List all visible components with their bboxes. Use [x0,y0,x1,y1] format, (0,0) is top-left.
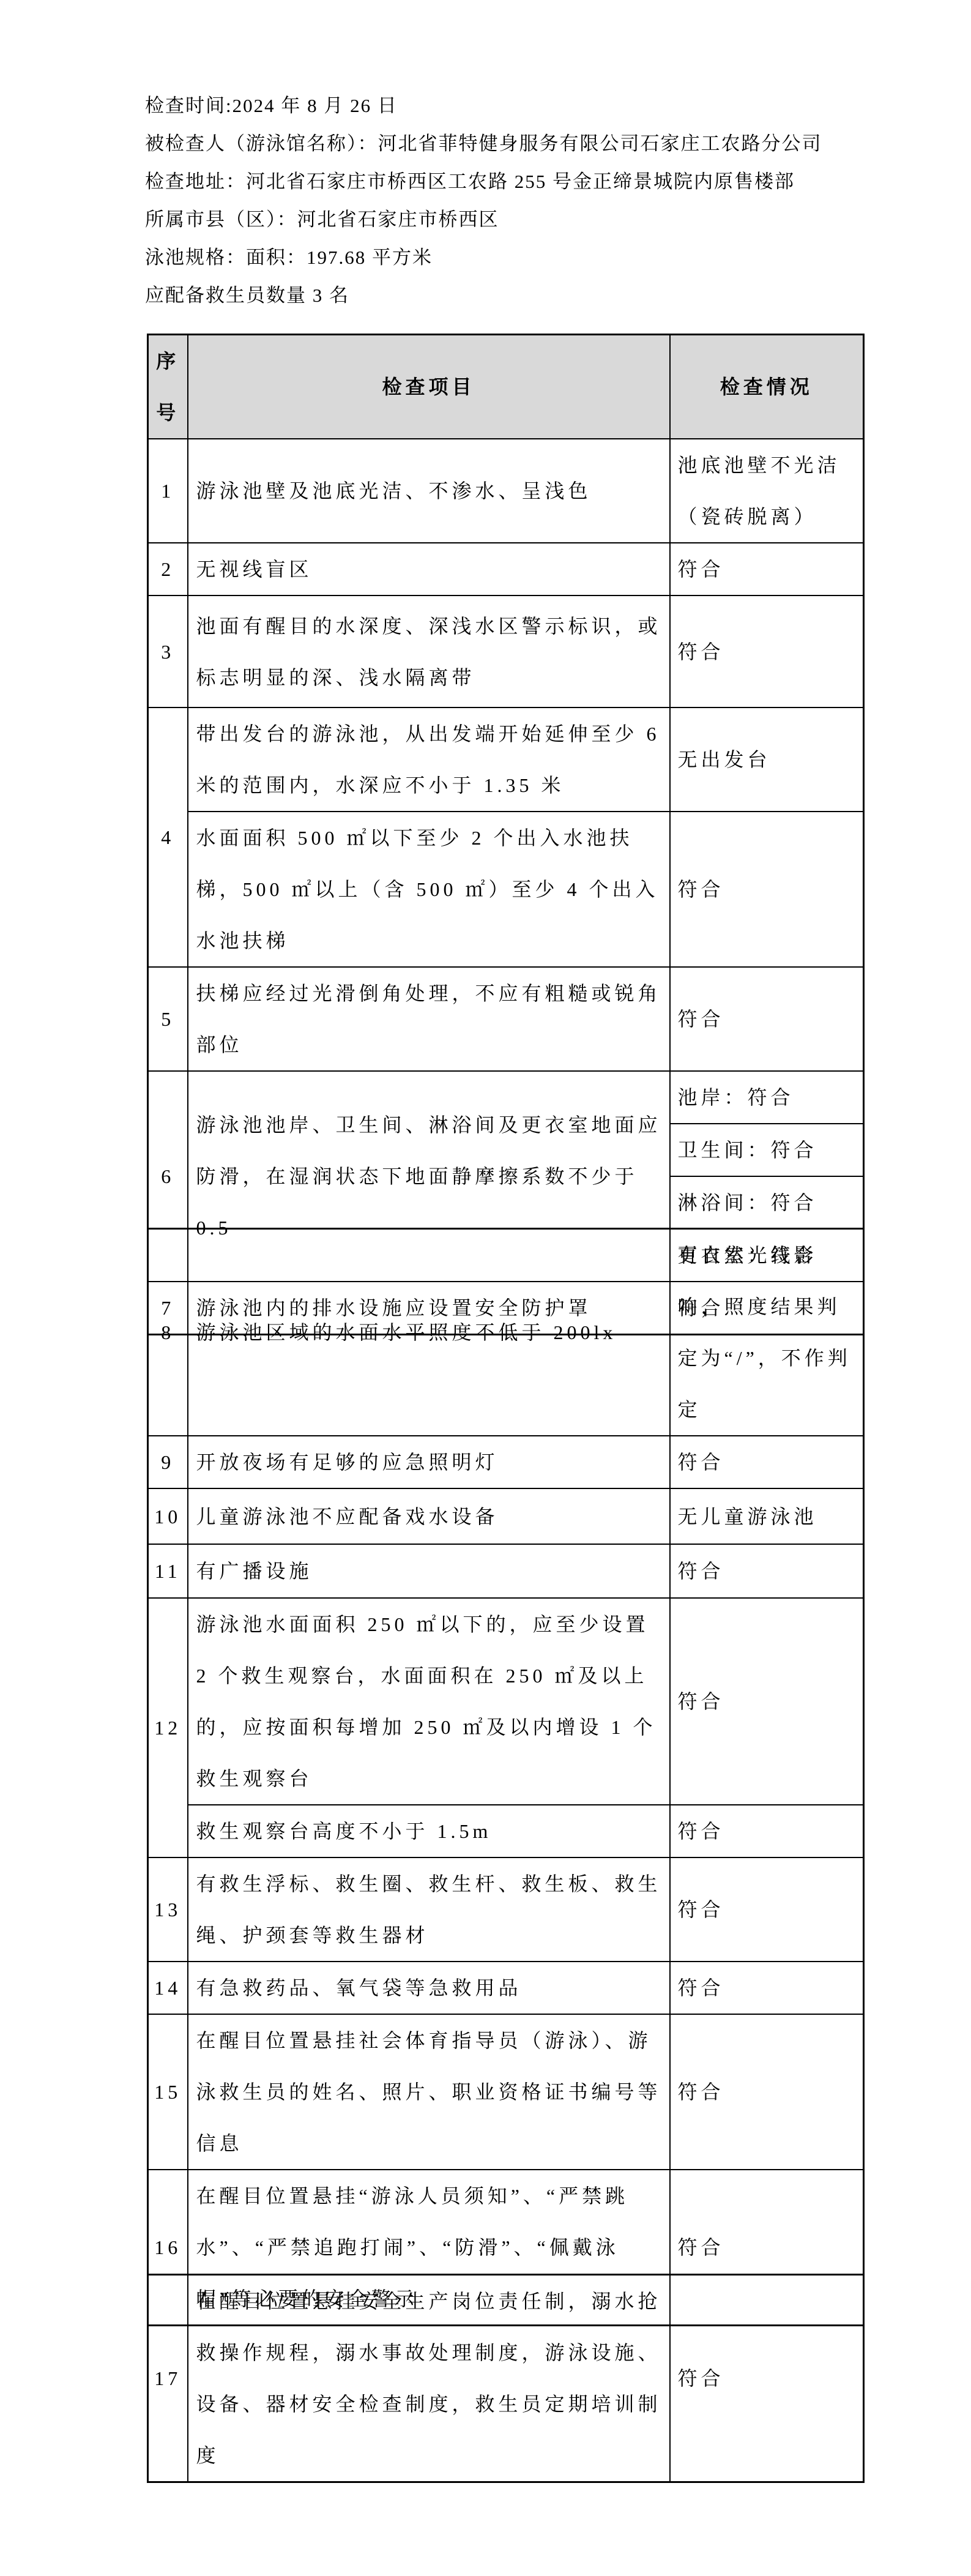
row-no: 1 [148,439,188,543]
table-row: 9 开放夜场有足够的应急照明灯 符合 [148,1436,864,1488]
table-row: 17 在醒目位置悬挂安全生产岗位责任制，溺水抢救操作规程，溺水事故处理制度，游泳… [148,2275,864,2482]
row-status: 符合 [670,2275,864,2482]
row-item: 有广播设施 [188,1544,670,1598]
row-no: 17 [148,2275,188,2482]
row-status: 符合 [670,1962,864,2014]
header-status: 检查情况 [670,335,864,439]
row-status-shower: 淋浴间：符合 [670,1176,864,1229]
row-item: 儿童游泳池不应配备戏水设备 [188,1488,670,1544]
row-item: 带出发台的游泳池，从出发端开始延伸至少 6 米的范围内，水深应不小于 1.35 … [188,707,670,812]
row-item: 游泳池水面面积 250 ㎡以下的，应至少设置 2 个救生观察台，水面面积在 25… [188,1598,670,1805]
header-item: 检查项目 [188,335,670,439]
table-row: 5 扶梯应经过光滑倒角处理，不应有粗糙或锐角部位 符合 [148,967,864,1071]
meta-inspection-address: 检查地址：河北省石家庄市桥西区工农路 255 号金正缔景城院内原售楼部 [145,163,879,201]
row-status: 符合 [670,967,864,1071]
table-row: 11 有广播设施 符合 [148,1544,864,1598]
table-row: 1 游泳池壁及池底光洁、不渗水、呈浅色 池底池壁不光洁（瓷砖脱离） [148,439,864,543]
row-item: 无视线盲区 [188,543,670,595]
inspection-document: 检查时间:2024 年 8 月 26 日 被检查人（游泳馆名称）：河北省菲特健身… [0,0,971,2576]
row-item: 有救生浮标、救生圈、救生杆、救生板、救生绳、护颈套等救生器材 [188,1857,670,1962]
table-row: 15 在醒目位置悬挂社会体育指导员（游泳）、游泳救生员的姓名、照片、职业资格证书… [148,2014,864,2170]
table-subrow: 救生观察台高度不小于 1.5m 符合 [148,1805,864,1857]
row-status: 池底池壁不光洁（瓷砖脱离） [670,439,864,543]
row-item: 开放夜场有足够的应急照明灯 [188,1436,670,1488]
row-item: 有急救药品、氧气袋等急救用品 [188,1962,670,2014]
row-item: 扶梯应经过光滑倒角处理，不应有粗糙或锐角部位 [188,967,670,1071]
row-no: 10 [148,1488,188,1544]
row-item: 在醒目位置悬挂社会体育指导员（游泳）、游泳救生员的姓名、照片、职业资格证书编号等… [188,2014,670,2170]
row-status: 符合 [670,1598,864,1805]
row-item: 水面面积 500 ㎡以下至少 2 个出入水池扶梯，500 ㎡以上（含 500 ㎡… [188,812,670,967]
row-no: 2 [148,543,188,595]
table-row: 4 带出发台的游泳池，从出发端开始延伸至少 6 米的范围内，水深应不小于 1.3… [148,707,864,812]
row-no: 5 [148,967,188,1071]
table-row: 3 池面有醒目的水深度、深浅水区警示标识，或标志明显的深、浅水隔离带 符合 [148,595,864,707]
meta-district: 所属市县（区）：河北省石家庄市桥西区 [145,201,879,239]
table-row: 8 游泳池区域的水面水平照度不低于 200lx 有自然光线影响，照度结果判定为“… [148,1229,864,1436]
row-status-toilet: 卫生间：符合 [670,1124,864,1176]
row-item: 游泳池壁及池底光洁、不渗水、呈浅色 [188,439,670,543]
row-no: 9 [148,1436,188,1488]
row-status: 符合 [670,1857,864,1962]
row-status: 无儿童游泳池 [670,1488,864,1544]
row-no: 14 [148,1962,188,2014]
row-item: 在醒目位置悬挂安全生产岗位责任制，溺水抢救操作规程，溺水事故处理制度，游泳设施、… [188,2275,670,2482]
table-row: 14 有急救药品、氧气袋等急救用品 符合 [148,1962,864,2014]
meta-inspection-time: 检查时间:2024 年 8 月 26 日 [145,87,879,125]
row-no: 13 [148,1857,188,1962]
table-row: 6 游泳池池岸、卫生间、淋浴间及更衣室地面应防滑，在湿润状态下地面静摩擦系数不少… [148,1071,864,1124]
row-status: 符合 [670,543,864,595]
inspection-table-part1: 序号 检查项目 检查情况 1 游泳池壁及池底光洁、不渗水、呈浅色 池底池壁不光洁… [147,334,865,1335]
row-no: 15 [148,2014,188,2170]
inspection-table-part3: 17 在醒目位置悬挂安全生产岗位责任制，溺水抢救操作规程，溺水事故处理制度，游泳… [147,2274,865,2483]
row-status: 符合 [670,595,864,707]
row-item: 游泳池区域的水面水平照度不低于 200lx [188,1229,670,1436]
row-status: 符合 [670,1436,864,1488]
row-no: 8 [148,1229,188,1436]
table-row: 13 有救生浮标、救生圈、救生杆、救生板、救生绳、护颈套等救生器材 符合 [148,1857,864,1962]
row-no: 12 [148,1598,188,1857]
meta-pool-spec: 泳池规格：面积：197.68 平方米 [145,239,879,277]
row-no: 3 [148,595,188,707]
row-status: 符合 [670,2014,864,2170]
row-no: 4 [148,707,188,967]
row-status: 符合 [670,1544,864,1598]
table-row: 12 游泳池水面面积 250 ㎡以下的，应至少设置 2 个救生观察台，水面面积在… [148,1598,864,1805]
row-no: 11 [148,1544,188,1598]
header-no: 序号 [148,335,188,439]
row-status: 符合 [670,812,864,967]
row-item: 池面有醒目的水深度、深浅水区警示标识，或标志明显的深、浅水隔离带 [188,595,670,707]
row-status: 符合 [670,1805,864,1857]
row-item: 救生观察台高度不小于 1.5m [188,1805,670,1857]
inspection-table-part2: 8 游泳池区域的水面水平照度不低于 200lx 有自然光线影响，照度结果判定为“… [147,1228,865,2326]
row-status-poolside: 池岸：符合 [670,1071,864,1124]
table-row: 10 儿童游泳池不应配备戏水设备 无儿童游泳池 [148,1488,864,1544]
table-header-row: 序号 检查项目 检查情况 [148,335,864,439]
table-subrow: 水面面积 500 ㎡以下至少 2 个出入水池扶梯，500 ㎡以上（含 500 ㎡… [148,812,864,967]
document-meta-block: 检查时间:2024 年 8 月 26 日 被检查人（游泳馆名称）：河北省菲特健身… [145,87,879,315]
meta-inspected-party: 被检查人（游泳馆名称）：河北省菲特健身服务有限公司石家庄工农路分公司 [145,125,879,163]
table-row: 2 无视线盲区 符合 [148,543,864,595]
meta-lifeguard-count: 应配备救生员数量 3 名 [145,277,879,315]
row-status: 有自然光线影响，照度结果判定为“/”，不作判定 [670,1229,864,1436]
row-status: 无出发台 [670,707,864,812]
